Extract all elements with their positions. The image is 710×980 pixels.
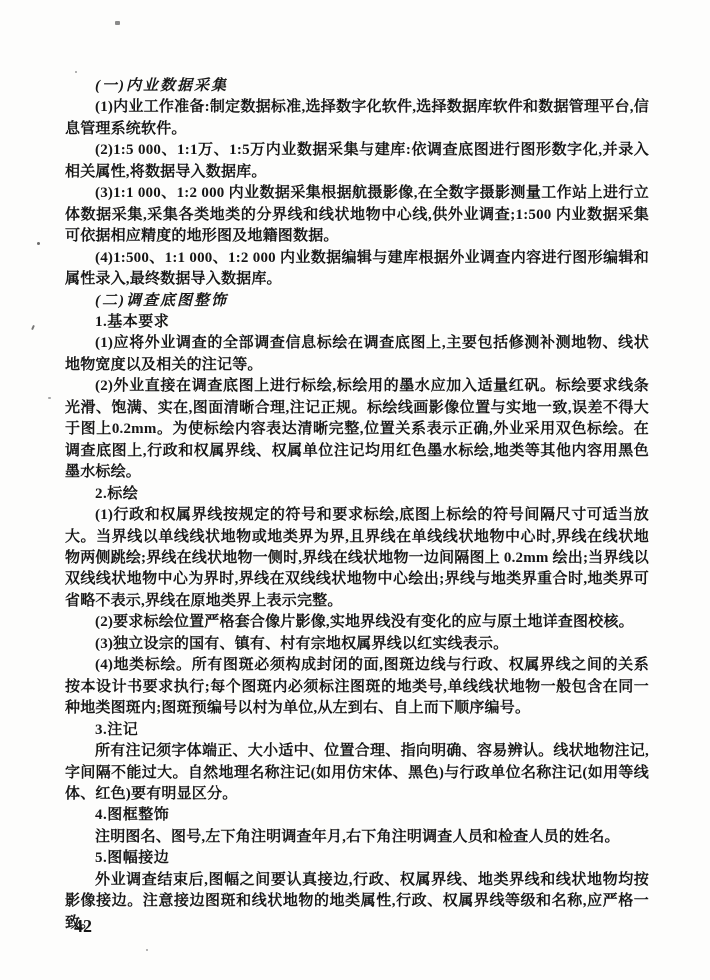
section-heading: (二)调查底图整饰 [65,291,649,312]
sub-heading: 2.标绘 [65,484,649,505]
scan-speck [31,325,35,330]
scan-speck [75,71,77,73]
paragraph: (1)应将外业调查的全部调查信息标绘在调查底图上,主要包括修测补测地物、线状地物… [65,333,649,376]
paragraph: (3)独立设宗的国有、镇有、村有宗地权属界线以红实线表示。 [65,634,649,655]
paragraph: 注明图名、图号,左下角注明调查年月,右下角注明调查人员和检查人员的姓名。 [65,827,649,848]
paragraph: 所有注记须字体端正、大小适中、位置合理、指向明确、容易辨认。线状地物注记,字间隔… [65,741,649,805]
paragraph: (2)外业直接在调查底图上进行标绘,标绘用的墨水应加入适量红矾。标绘要求线条光滑… [65,376,649,483]
scan-speck [48,397,51,399]
paragraph: (1)内业工作准备:制定数据标准,选择数字化软件,选择数据库软件和数据管理平台,… [65,97,649,140]
paragraph: (2)要求标绘位置严格套合像片影像,实地界线没有变化的应与原土地详查图校核。 [65,612,649,633]
sub-heading: 1.基本要求 [65,312,649,333]
document-body: (一)内业数据采集(1)内业工作准备:制定数据标准,选择数字化软件,选择数据库软… [65,76,649,934]
sub-heading: 5.图幅接边 [65,848,649,869]
paragraph: (1)行政和权属界线按规定的符号和要求标绘,底图上标绘的符号间隔尺寸可适当放大。… [65,505,649,612]
document-page: (一)内业数据采集(1)内业工作准备:制定数据标准,选择数字化软件,选择数据库软… [0,0,710,980]
scan-speck [146,949,148,951]
section-heading: (一)内业数据采集 [65,76,649,97]
sub-heading: 3.注记 [65,720,649,741]
paragraph: (2)1:5 000、1:1万、1:5万内业数据采集与建库:依调查底图进行图形数… [65,140,649,183]
sub-heading: 4.图框整饰 [65,805,649,826]
paragraph: (4)地类标绘。所有图斑必须构成封闭的面,图斑边线与行政、权属界线之间的关系按本… [65,655,649,719]
page-number: 42 [74,916,92,937]
scan-speck [37,242,40,245]
paragraph: 外业调查结束后,图幅之间要认真接边,行政、权属界线、地类界线和线状地物均按影像接… [65,870,649,934]
paragraph: (4)1:500、1:1 000、1:2 000 内业数据编辑与建库根据外业调查… [65,248,649,291]
scan-speck [115,21,120,25]
paragraph: (3)1:1 000、1:2 000 内业数据采集根据航摄影像,在全数字摄影测量… [65,183,649,247]
